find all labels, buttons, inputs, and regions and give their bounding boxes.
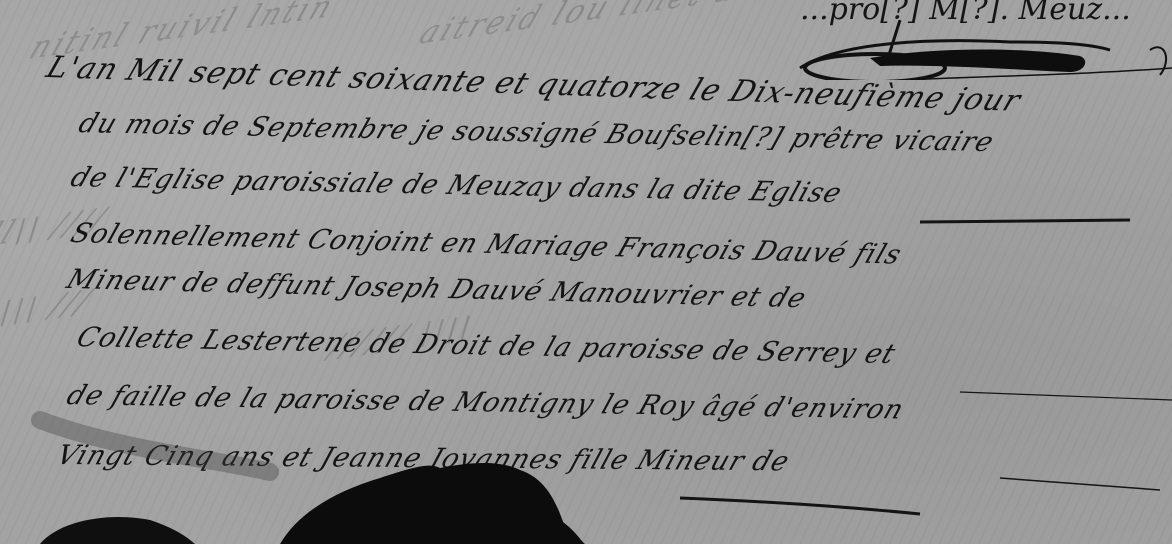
paper-damage (0, 0, 1172, 544)
document-page: nitinl ruivil lntin aitreid lou linet a … (0, 0, 1172, 544)
